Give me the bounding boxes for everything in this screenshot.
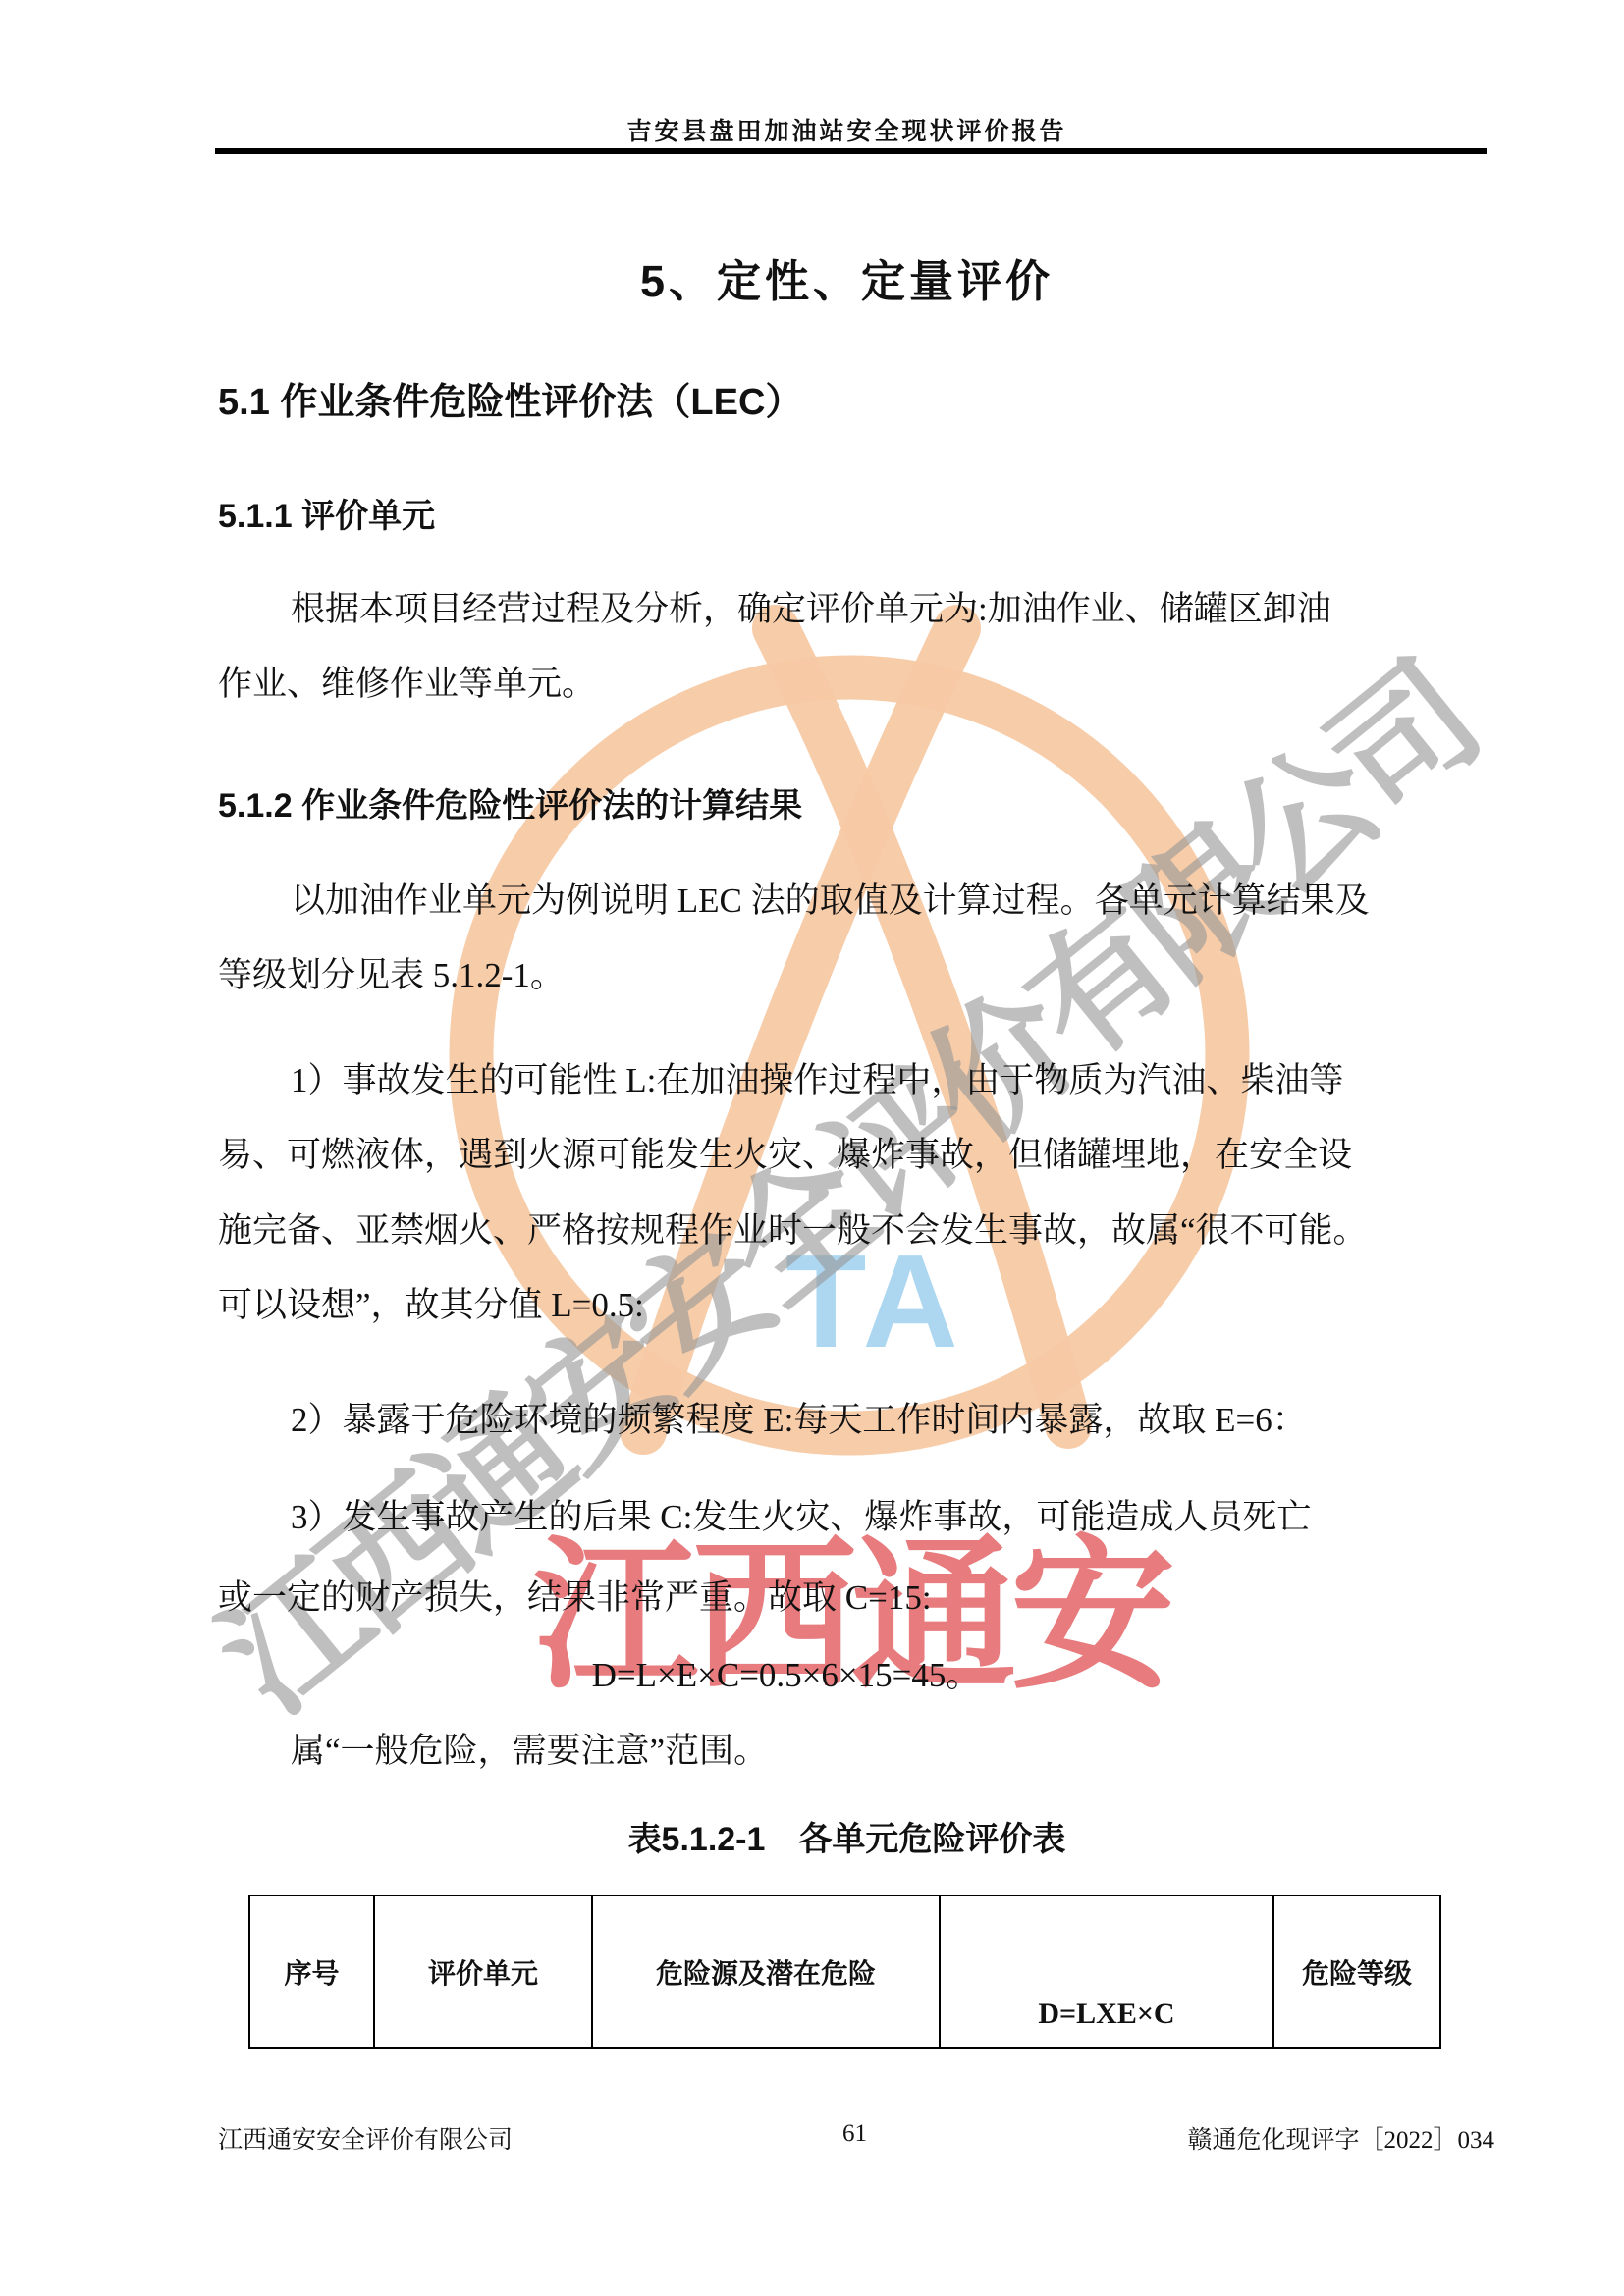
section-heading-5-1-1: 5.1.1 评价单元 [218, 489, 435, 537]
paragraph-line: 1）事故发生的可能性 L:在加油操作过程中，由于物质为汽油、柴油等 [218, 1058, 1476, 1103]
table-header-hazard: 危险源及潜在危险 [591, 1896, 939, 2047]
document-page: TA 江西通安安全评价有限公司 江西通安 吉安县盘田加油站安全现状评价报告 5、… [0, 0, 1624, 2296]
paragraph-line: 或一定的财产损失，结果非常严重。故取 C=15: [218, 1575, 1476, 1621]
eval-table: 序号 评价单元 危险源及潜在危险 D=LXE×C 危险等级 [248, 1895, 1441, 2049]
paragraph-line: 等级划分见表 5.1.2-1。 [218, 953, 1476, 998]
table-header-unit: 评价单元 [373, 1896, 591, 2047]
paragraph-line: 可以设想”，故其分值 L=0.5: [218, 1283, 1476, 1328]
paragraph-line: 属“一般危险，需要注意”范围。 [218, 1729, 1476, 1774]
paragraph-line: 2）暴露于危险环境的频繁程度 E:每天工作时间内暴露，故取 E=6： [218, 1398, 1476, 1443]
table-header-risk-level: 危险等级 [1272, 1896, 1439, 2047]
header-rule [215, 148, 1487, 154]
paragraph-line: 根据本项目经营过程及分析，确定评价单元为:加油作业、储罐区卸油 [218, 587, 1476, 632]
table-caption: 表5.1.2-1 各单元危险评价表 [218, 1812, 1476, 1860]
lec-formula: D=L×E×C=0.5×6×15=45。 [157, 1653, 1415, 1698]
paragraph-line: 3）发生事故产生的后果 C:发生火灾、爆炸事故，可能造成人员死亡 [218, 1495, 1476, 1540]
paragraph-line: 以加油作业单元为例说明 LEC 法的取值及计算过程。各单元计算结果及 [218, 879, 1476, 924]
footer-company: 江西通安安全评价有限公司 [218, 2120, 513, 2156]
paragraph-line: 易、可燃液体，遇到火源可能发生火灾、爆炸事故，但储罐埋地，在安全设 [218, 1133, 1476, 1178]
paragraph-line: 作业、维修作业等单元。 [218, 662, 1476, 707]
running-header: 吉安县盘田加油站安全现状评价报告 [218, 112, 1476, 147]
table-header-seq: 序号 [250, 1896, 373, 2047]
section-heading-5-1: 5.1 作业条件危险性评价法（LEC） [218, 371, 802, 425]
chapter-title: 5、定性、定量评价 [218, 245, 1476, 309]
footer-doc-number: 赣通危化现评字［2022］034 [1187, 2120, 1494, 2156]
section-heading-5-1-2: 5.1.2 作业条件危险性评价法的计算结果 [218, 778, 802, 827]
footer-page-number: 61 [842, 2120, 867, 2148]
paragraph-line: 施完备、亚禁烟火、严格按规程作业时一般不会发生事故，故属“很不可能。 [218, 1208, 1476, 1254]
table-header-d-value: D=LXE×C [939, 1896, 1272, 2047]
content-layer: 吉安县盘田加油站安全现状评价报告 5、定性、定量评价 5.1 作业条件危险性评价… [0, 0, 1624, 2296]
